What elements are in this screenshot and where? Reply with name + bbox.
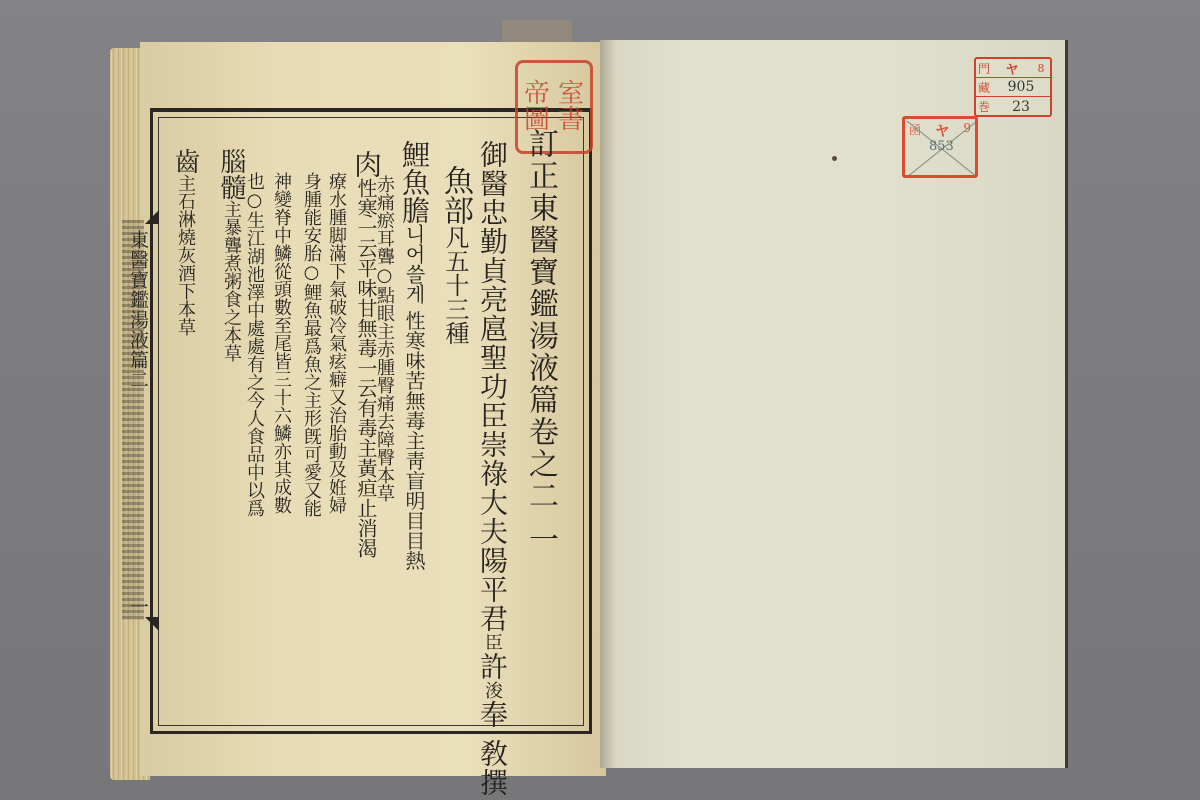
section-heading: 魚部凡五十三種 bbox=[440, 165, 470, 345]
entry-head: 肉 bbox=[350, 150, 383, 178]
entry-brain: 腦髓主暴聾煮粥食之本草 bbox=[218, 148, 244, 362]
entry-meat: 肉性寒一云平味甘無毒一云有毒主黃疸止消渴 bbox=[352, 150, 380, 558]
entry-text: 神變脊中鱗從頭數至尾皆三十六鱗亦其成數 bbox=[271, 172, 292, 514]
stamp-value: 23 bbox=[992, 99, 1050, 115]
entry-text: 니어쓸게 性寒味苦無毒主靑盲明目目熱 bbox=[402, 224, 426, 570]
section-count: 凡五十三種 bbox=[441, 225, 469, 345]
entry-text: 療水腫脚滿下氣破冷氣痃癖又治胎動及姙婦 bbox=[326, 172, 347, 514]
stamp-label: 巻 bbox=[976, 98, 992, 115]
stamp-label: 門 bbox=[976, 60, 992, 77]
entry-head: 腦髓 bbox=[216, 148, 246, 200]
entry-line: 療水腫脚滿下氣破冷氣痃癖又治胎動及姙婦 bbox=[327, 172, 345, 514]
stamp-row: 門 ヤ 8 bbox=[976, 59, 1050, 78]
entry-text: 主暴聾煮粥食之本草 bbox=[221, 200, 242, 362]
spine-label: 東醫寶鑑湯液篇二 一 bbox=[125, 230, 152, 617]
entry-carp-gall: 鯉魚膽니어쓸게 性寒味苦無毒主靑盲明目目熱 bbox=[400, 140, 428, 570]
author-line: 御醫忠勤貞亮扈聖功臣崇祿大夫陽平君臣許浚奉 敎撰 bbox=[478, 140, 506, 797]
stamp-row: 藏 905 bbox=[976, 78, 1050, 97]
author-suffix: 臣 bbox=[482, 633, 503, 652]
author-titles: 御醫忠勤貞亮扈聖功臣崇祿大夫陽平君 bbox=[476, 140, 509, 633]
volume-title: 訂正東醫寶鑑湯液篇卷之二 一 bbox=[525, 128, 555, 556]
entry-line: 神變脊中鱗從頭數至尾皆三十六鱗亦其成數 bbox=[272, 172, 290, 514]
title-text: 訂正東醫寶鑑湯液篇卷之二 bbox=[523, 128, 558, 512]
author-name: 許 bbox=[476, 652, 509, 681]
entry-text: 性寒一云平味甘無毒一云有毒主黃疸止消渴 bbox=[354, 178, 378, 558]
entry-teeth: 齒主石淋燒灰酒下本草 bbox=[172, 148, 198, 336]
gutter-shadow bbox=[600, 40, 616, 768]
title-number: 一 bbox=[523, 524, 558, 556]
entry-text: 也○生江湖池澤中處處有之今人食品中以爲 bbox=[244, 172, 265, 517]
entry-line: 身腫能安胎○鯉魚最爲魚之主形旣可愛又能 bbox=[302, 172, 320, 517]
author-name-small: 浚 bbox=[482, 681, 503, 700]
stamp-number: 853 bbox=[929, 139, 954, 154]
spine-title: 東醫寶鑑湯液篇二 bbox=[127, 230, 149, 390]
entry-line: 也○生江湖池澤中處處有之今人食品中以爲 bbox=[245, 172, 263, 517]
stamp-label: 藏 bbox=[976, 79, 992, 96]
fishtail-mark-bottom bbox=[145, 617, 159, 631]
stamp-row: 巻 23 bbox=[976, 97, 1050, 116]
entry-text: 身腫能安胎○鯉魚最爲魚之主形旣可愛又能 bbox=[301, 172, 322, 517]
paper-spot bbox=[832, 156, 837, 161]
fishtail-mark-top bbox=[145, 210, 159, 224]
entry-text: 主石淋燒灰酒下本草 bbox=[175, 174, 196, 336]
spine-page: 一 bbox=[125, 597, 152, 617]
section-title: 魚部 bbox=[438, 165, 473, 225]
entry-head: 齒 bbox=[170, 148, 200, 174]
right-page bbox=[600, 40, 1068, 768]
author-end: 奉 敎撰 bbox=[476, 700, 509, 797]
call-number-stamp: 門 ヤ 8 藏 905 巻 23 bbox=[974, 57, 1052, 117]
entry-head: 鯉魚膽 bbox=[398, 140, 431, 224]
stamp-mark: ヤ bbox=[992, 59, 1032, 78]
stamp-value: 905 bbox=[992, 79, 1050, 95]
cancelled-stamp: 函 ヤ 9 853 bbox=[902, 116, 978, 178]
stamp-num: 8 bbox=[1032, 62, 1050, 75]
